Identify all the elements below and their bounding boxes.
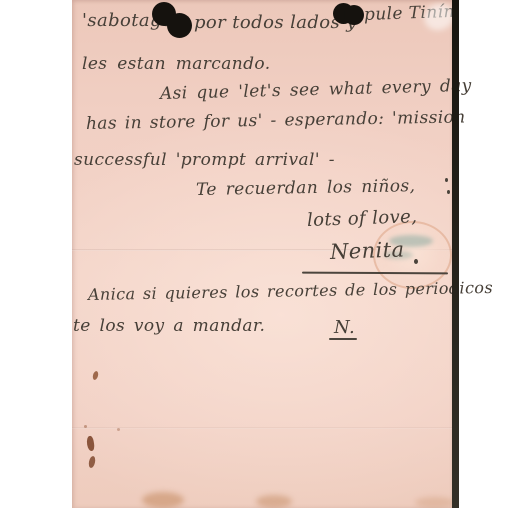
hole-punch-mark — [344, 5, 364, 25]
bottom-edge-stain — [256, 495, 292, 508]
letter-line-4: has in store for us' - esperando: 'missi… — [86, 107, 466, 134]
letter-line-5: successful 'prompt arrival' - — [74, 150, 335, 170]
ink-dot — [445, 178, 448, 182]
letter-paper: 'sabotage por todos lados y pule Tinín l… — [72, 0, 452, 508]
bottom-edge-stain — [142, 492, 184, 508]
hole-punch-mark — [167, 13, 192, 38]
stain-speck — [86, 436, 95, 452]
letter-line-7: lots of love, — [307, 206, 418, 231]
letter-scan: 'sabotage por todos lados y pule Tinín l… — [0, 0, 528, 508]
stain-speck — [117, 428, 120, 431]
bottom-edge-stain — [415, 497, 455, 508]
stain-speck — [84, 425, 87, 428]
stain-speck — [88, 456, 96, 469]
signature-underline — [302, 272, 448, 275]
ink-dot — [447, 190, 450, 194]
letter-line-2: les estan marcando. — [82, 54, 271, 74]
postscript-initial: N. — [334, 317, 355, 338]
signature: Nenita — [330, 237, 405, 264]
stain-speck — [92, 371, 99, 381]
postscript-initial-underline — [329, 338, 357, 340]
letter-line-6: Te recuerdan los niños, — [196, 176, 416, 200]
ink-dot — [414, 259, 418, 264]
paper-right-edge — [452, 0, 459, 508]
postscript-line-1: Anica si quieres los recortes de los per… — [88, 278, 493, 304]
letter-line-3: Asi que 'let's see what every day — [160, 76, 472, 104]
fold-crease-lower — [72, 427, 452, 429]
postscript-line-2: te los voy a mandar. — [73, 316, 265, 336]
